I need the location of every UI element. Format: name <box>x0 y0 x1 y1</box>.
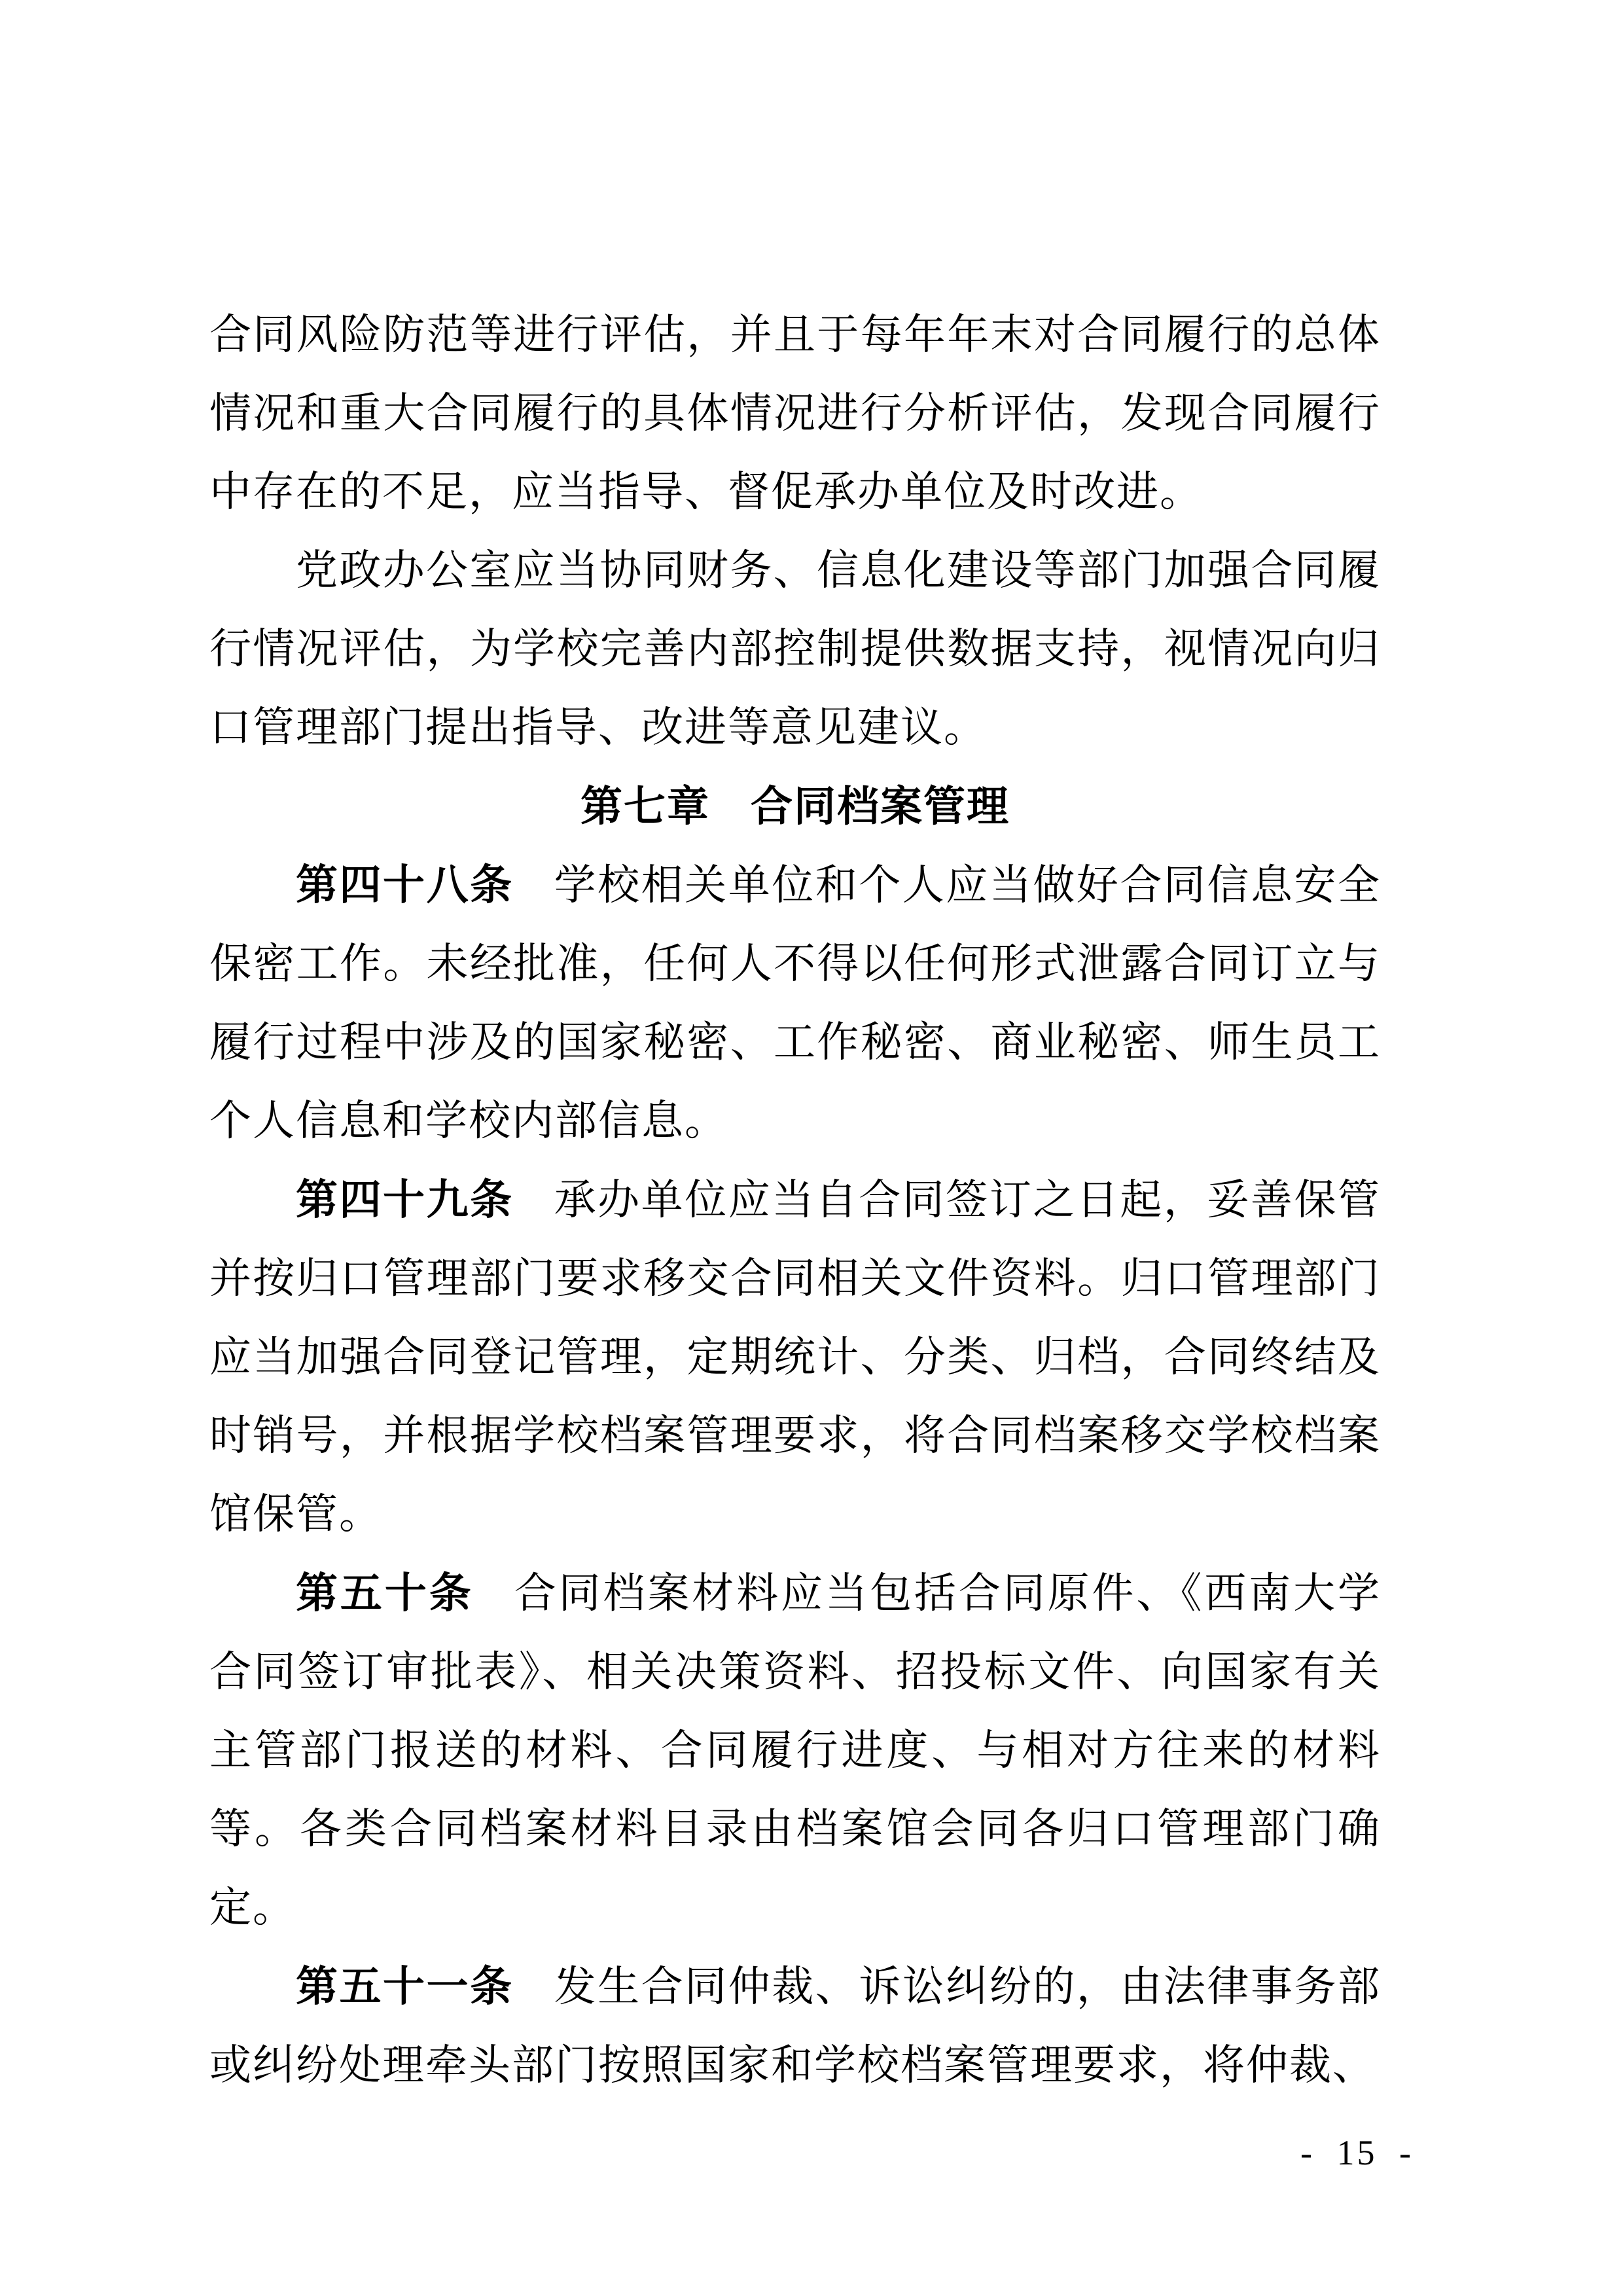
document-page: 合同风险防范等进行评估，并且于每年年末对合同履行的总体情况和重大合同履行的具体情… <box>0 0 1623 2296</box>
chapter-number: 第七章 <box>580 783 710 830</box>
article-text: 承办单位应当自合同签订之日起，妥善保管并按归口管理部门要求移交合同相关文件资料。… <box>209 1177 1381 1537</box>
paragraph-continuation: 合同风险防范等进行评估，并且于每年年末对合同履行的总体情况和重大合同履行的具体情… <box>209 296 1381 531</box>
paragraph: 党政办公室应当协同财务、信息化建设等部门加强合同履行情况评估，为学校完善内部控制… <box>209 531 1381 767</box>
paragraph-text: 合同风险防范等进行评估，并且于每年年末对合同履行的总体情况和重大合同履行的具体情… <box>209 312 1381 515</box>
page-number: - 15 - <box>1300 2131 1414 2174</box>
article-paragraph: 第四十九条承办单位应当自合同签订之日起，妥善保管并按归口管理部门要求移交合同相关… <box>209 1160 1381 1554</box>
article-paragraph: 第五十条合同档案材料应当包括合同原件、《西南大学合同签订审批表》、相关决策资料、… <box>209 1554 1381 1947</box>
article-number: 第四十八条 <box>296 861 514 908</box>
paragraph-text: 党政办公室应当协同财务、信息化建设等部门加强合同履行情况评估，为学校完善内部控制… <box>209 547 1381 751</box>
article-number: 第四十九条 <box>296 1176 514 1223</box>
chapter-heading: 第七章合同档案管理 <box>209 767 1381 846</box>
chapter-title: 合同档案管理 <box>751 783 1010 830</box>
article-paragraph: 第四十八条学校相关单位和个人应当做好合同信息安全保密工作。未经批准，任何人不得以… <box>209 846 1381 1160</box>
article-paragraph: 第五十一条发生合同仲裁、诉讼纠纷的，由法律事务部或纠纷处理牵头部门按照国家和学校… <box>209 1947 1381 2105</box>
article-number: 第五十条 <box>296 1570 474 1617</box>
article-text: 合同档案材料应当包括合同原件、《西南大学合同签订审批表》、相关决策资料、招投标文… <box>209 1570 1381 1931</box>
article-number: 第五十一条 <box>296 1963 514 2010</box>
document-body: 合同风险防范等进行评估，并且于每年年末对合同履行的总体情况和重大合同履行的具体情… <box>209 296 1381 2105</box>
